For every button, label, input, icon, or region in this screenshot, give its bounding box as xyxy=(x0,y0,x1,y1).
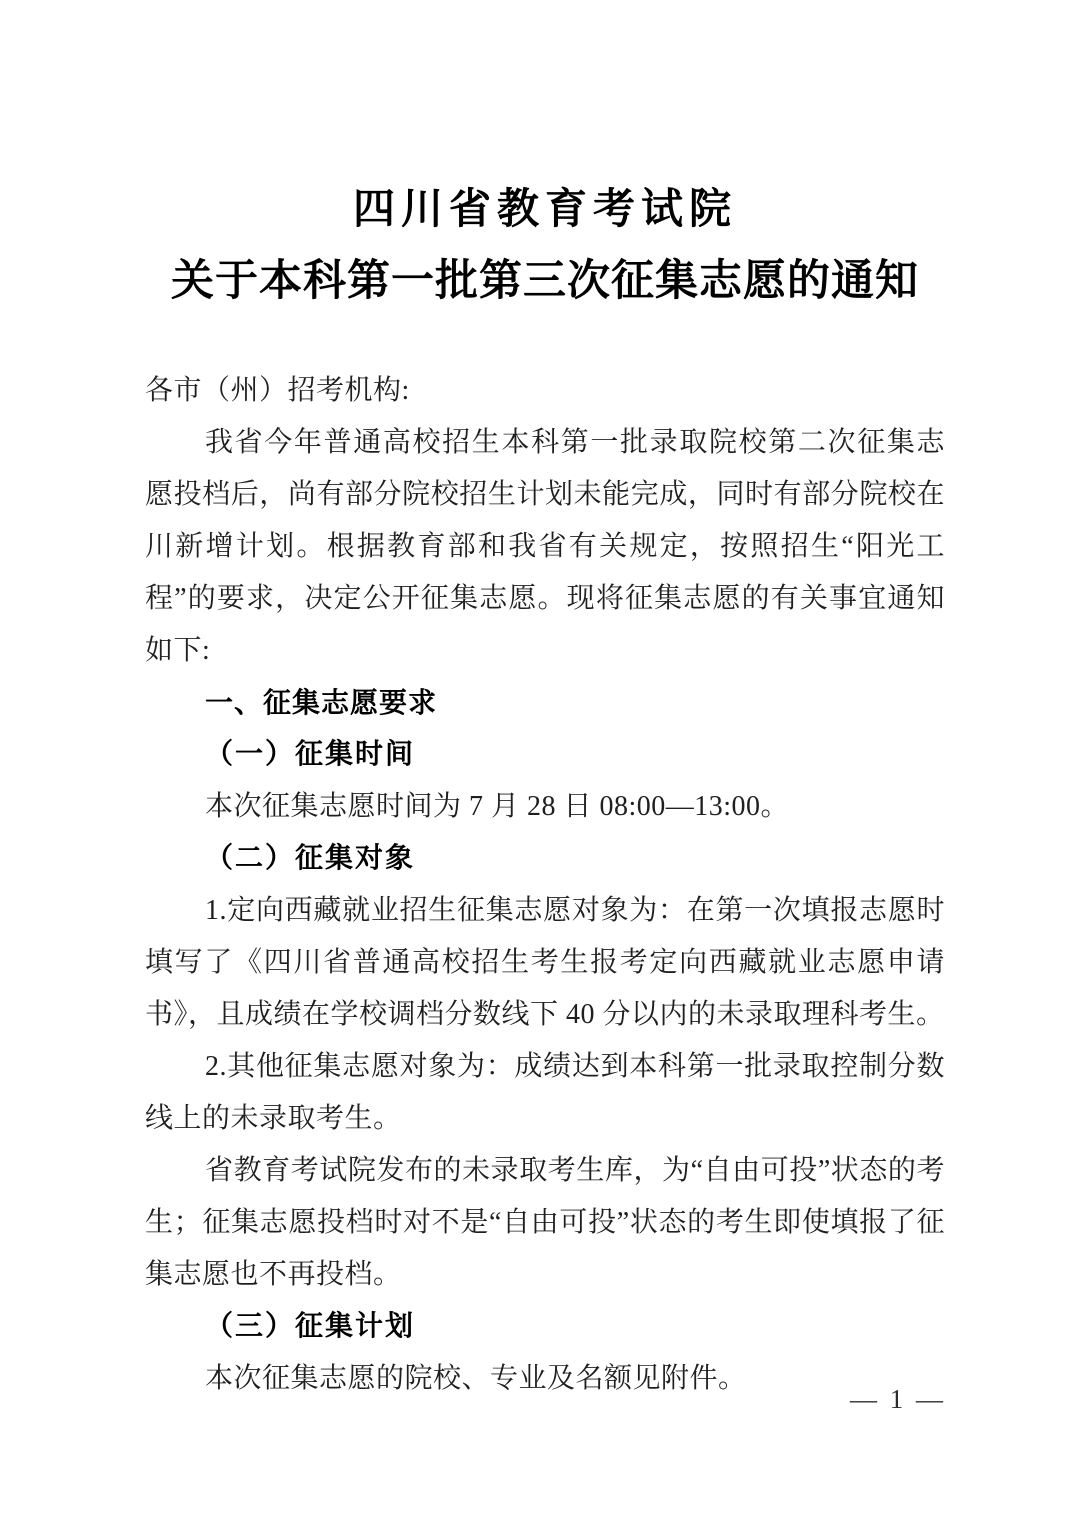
section-1-2-note: 省教育考试院发布的未录取考生库，为“自由可投”状态的考生；征集志愿投档时对不是“… xyxy=(145,1145,945,1301)
page-number: — 1 — xyxy=(850,1384,946,1415)
salutation: 各市（州）招考机构: xyxy=(145,365,945,417)
section-1-3-heading: （三）征集计划 xyxy=(145,1301,945,1353)
document-title-issuer: 四川省教育考试院 xyxy=(145,185,945,235)
section-1-3-body: 本次征集志愿的院校、专业及名额见附件。 xyxy=(145,1353,945,1405)
document-title-subject: 关于本科第一批第三次征集志愿的通知 xyxy=(145,257,945,307)
section-1-2-heading: （二）征集对象 xyxy=(145,833,945,885)
section-1-heading: 一、征集志愿要求 xyxy=(145,677,945,729)
intro-paragraph: 我省今年普通高校招生本科第一批录取院校第二次征集志愿投档后，尚有部分院校招生计划… xyxy=(145,417,945,677)
document-content: 四川省教育考试院 关于本科第一批第三次征集志愿的通知 各市（州）招考机构: 我省… xyxy=(145,185,945,1405)
section-1-2-item-2: 2.其他征集志愿对象为：成绩达到本科第一批录取控制分数线上的未录取考生。 xyxy=(145,1041,945,1145)
document-page: 四川省教育考试院 关于本科第一批第三次征集志愿的通知 各市（州）招考机构: 我省… xyxy=(0,0,1080,1527)
section-1-2-item-1: 1.定向西藏就业招生征集志愿对象为：在第一次填报志愿时填写了《四川省普通高校招生… xyxy=(145,885,945,1041)
section-1-1-body: 本次征集志愿时间为 7 月 28 日 08:00—13:00。 xyxy=(145,781,945,833)
section-1-1-heading: （一）征集时间 xyxy=(145,729,945,781)
document-body: 各市（州）招考机构: 我省今年普通高校招生本科第一批录取院校第二次征集志愿投档后… xyxy=(145,365,945,1405)
